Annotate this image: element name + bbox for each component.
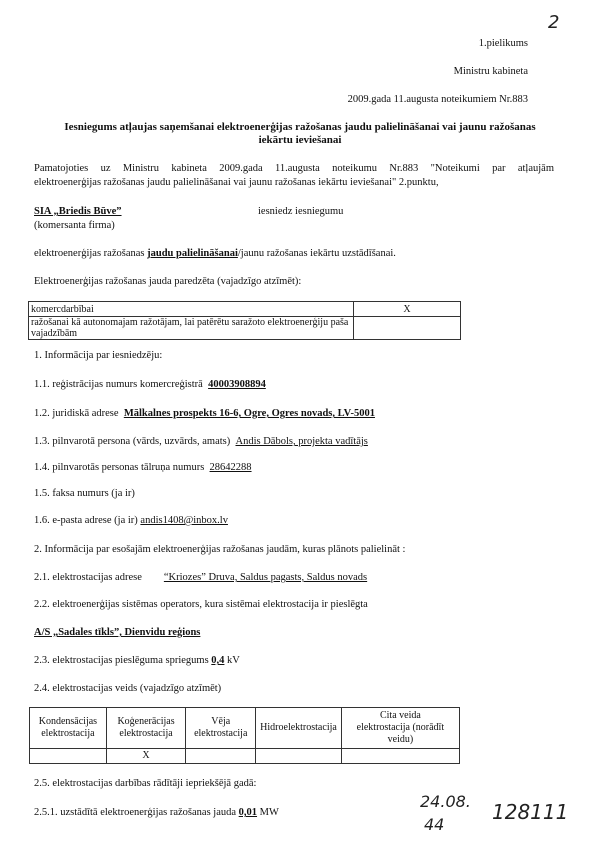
field-label: 1.6. e-pasta adrese (ja ir) xyxy=(34,515,138,526)
type-header: Cita veida elektrostacija (norādīt veidu… xyxy=(341,708,459,749)
field-value: 0,4 xyxy=(211,655,224,666)
company-name: SIA „Briedis Būve” xyxy=(34,206,122,217)
field-label: 1.5. faksa numurs (ja ir) xyxy=(34,488,135,499)
field-installed-capacity: 2.5.1. uzstādītā elektroenerģijas ražoša… xyxy=(34,807,279,818)
field-fax: 1.5. faksa numurs (ja ir) xyxy=(34,488,135,499)
row-label: ražošanai kā autonomajam ražotājam, lai … xyxy=(29,317,354,340)
field-label: 1.2. juridiskā adrese xyxy=(34,408,119,419)
field-unit: kV xyxy=(227,655,240,666)
type-header: Kondensācijas elektrostacija xyxy=(30,708,107,749)
field-label: 2.1. elektrostacijas adrese xyxy=(34,572,142,583)
field-authorized-person: 1.3. pilnvarotā persona (vārds, uzvārds,… xyxy=(34,436,368,447)
field-value: 28642288 xyxy=(210,462,252,473)
type-mark: X xyxy=(106,749,185,764)
indicators-label: 2.5. elektrostacijas darbības rādītāji i… xyxy=(34,778,256,789)
row-label: komercdarbībai xyxy=(29,302,354,317)
type-mark xyxy=(186,749,256,764)
field-label: 1.4. pilnvarotās personas tālruņa numurs xyxy=(34,462,204,473)
field-phone: 1.4. pilnvarotās personas tālruņa numurs… xyxy=(34,462,252,473)
field-value: Andis Dābols, projekta vadītājs xyxy=(235,436,367,447)
purpose-selected: jaudu palielināšanai xyxy=(147,248,238,259)
table-header-row: Kondensācijas elektrostacija Koģenerācij… xyxy=(30,708,460,749)
field-registration: 1.1. reģistrācijas numurs komercreģistrā… xyxy=(34,379,266,390)
field-label: 1.1. reģistrācijas numurs komercreģistrā xyxy=(34,379,203,390)
handwritten-number-large: 128111 xyxy=(492,800,568,824)
section1-heading: 1. Informācija par iesniedzēju: xyxy=(34,350,162,361)
row-mark: X xyxy=(354,302,461,317)
table-row: X xyxy=(30,749,460,764)
type-mark xyxy=(341,749,459,764)
field-value: andis1408@inbox.lv xyxy=(140,515,228,526)
field-email: 1.6. e-pasta adrese (ja ir) andis1408@in… xyxy=(34,515,228,526)
type-mark xyxy=(256,749,342,764)
type-header: Hidroelektrostacija xyxy=(256,708,342,749)
field-operator-label: 2.2. elektroenerģijas sistēmas operators… xyxy=(34,599,368,610)
company-caption: (komersanta firma) xyxy=(34,220,115,231)
table-row: ražošanai kā autonomajam ražotājam, lai … xyxy=(29,317,461,340)
purpose-line: elektroenerģijas ražošanas jaudu palieli… xyxy=(34,248,396,259)
field-legal-address: 1.2. juridiskā adrese Mālkalnes prospekt… xyxy=(34,408,375,419)
field-label: 2.5.1. uzstādītā elektroenerģijas ražoša… xyxy=(34,807,236,818)
type-header: Vēja elektrostacija xyxy=(186,708,256,749)
field-station-address: 2.1. elektrostacijas adrese“Kriozes” Dru… xyxy=(34,572,367,583)
table-row: komercdarbībai X xyxy=(29,302,461,317)
cabinet-label: Ministru kabineta xyxy=(454,66,528,77)
field-value: 0,01 xyxy=(239,807,257,818)
field-value: 40003908894 xyxy=(208,379,266,390)
document-title: Iesniegums atļaujas saņemšanai elektroen… xyxy=(60,121,540,147)
field-value: “Kriozes” Druva, Saldus pagasts, Saldus … xyxy=(164,572,367,583)
station-type-label: 2.4. elektrostacijas veids (vajadzīgo at… xyxy=(34,683,221,694)
field-operator-value: A/S „Sadales tīkls”, Dienvidu reģions xyxy=(34,627,200,638)
field-unit: MW xyxy=(260,807,279,818)
intro-line-2: elektroenerģijas ražošanas jaudu palieli… xyxy=(34,177,439,188)
handwritten-number-small: 44 xyxy=(424,815,444,834)
handwritten-date: 24.08. xyxy=(420,792,471,811)
capacity-intended-table: komercdarbībai X ražošanai kā autonomaja… xyxy=(28,301,461,340)
field-value: Mālkalnes prospekts 16-6, Ogre, Ogres no… xyxy=(124,408,375,419)
station-type-table: Kondensācijas elektrostacija Koģenerācij… xyxy=(29,707,460,764)
purpose-suffix: /jaunu ražošanas iekārtu uzstādīšanai. xyxy=(238,248,396,259)
field-label: 2.3. elektrostacijas pieslēguma spriegum… xyxy=(34,655,209,666)
field-voltage: 2.3. elektrostacijas pieslēguma spriegum… xyxy=(34,655,240,666)
submits-text: iesniedz iesniegumu xyxy=(258,206,343,217)
page-mark: 2 xyxy=(548,12,559,33)
regulation-label: 2009.gada 11.augusta noteikumiem Nr.883 xyxy=(348,94,528,105)
intro-paragraph: Pamatojoties uz Ministru kabineta 2009.g… xyxy=(34,162,554,190)
annex-label: 1.pielikums xyxy=(479,38,528,49)
field-label: 1.3. pilnvarotā persona (vārds, uzvārds,… xyxy=(34,436,230,447)
type-mark xyxy=(30,749,107,764)
type-header: Koģenerācijas elektrostacija xyxy=(106,708,185,749)
capacity-intended-label: Elektroenerģijas ražošanas jauda paredzē… xyxy=(34,276,301,287)
purpose-prefix: elektroenerģijas ražošanas xyxy=(34,248,147,259)
section2-heading: 2. Informācija par esošajām elektroenerģ… xyxy=(34,544,405,555)
row-mark xyxy=(354,317,461,340)
intro-line-1: Pamatojoties uz Ministru kabineta 2009.g… xyxy=(34,162,554,176)
